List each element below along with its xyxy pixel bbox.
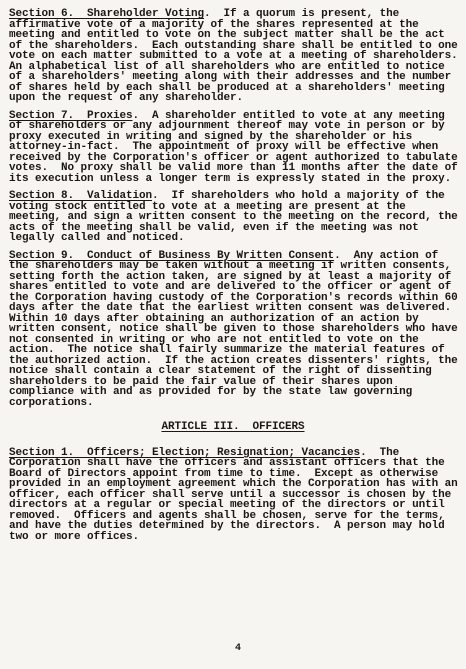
page-number: 4 [0,643,466,654]
section-9-paragraph: Section 9. Conduct of Business By Writte… [9,251,466,409]
article-iii-heading-text: ARTICLE III. OFFICERS [161,421,304,433]
section-8-paragraph: Section 8. Validation. If shareholders w… [9,191,466,244]
section-6-paragraph: Section 6. Shareholder Voting. If a quor… [9,9,466,104]
article-iii-section-1-paragraph: Section 1. Officers; Election; Resignati… [9,448,466,543]
section-7-paragraph: Section 7. Proxies. A shareholder entitl… [9,111,466,185]
section-9-body: . Any action of the shareholders may be … [9,250,458,409]
article-iii-heading: ARTICLE III. OFFICERS [9,422,457,433]
article-iii-section-1-body: . The Corporation shall have the officer… [9,447,458,543]
section-6-body: . If a quorum is present, the affirmativ… [9,8,458,104]
section-7-body: . A shareholder entitled to vote at any … [9,110,458,185]
document-page: Section 6. Shareholder Voting. If a quor… [0,0,466,669]
